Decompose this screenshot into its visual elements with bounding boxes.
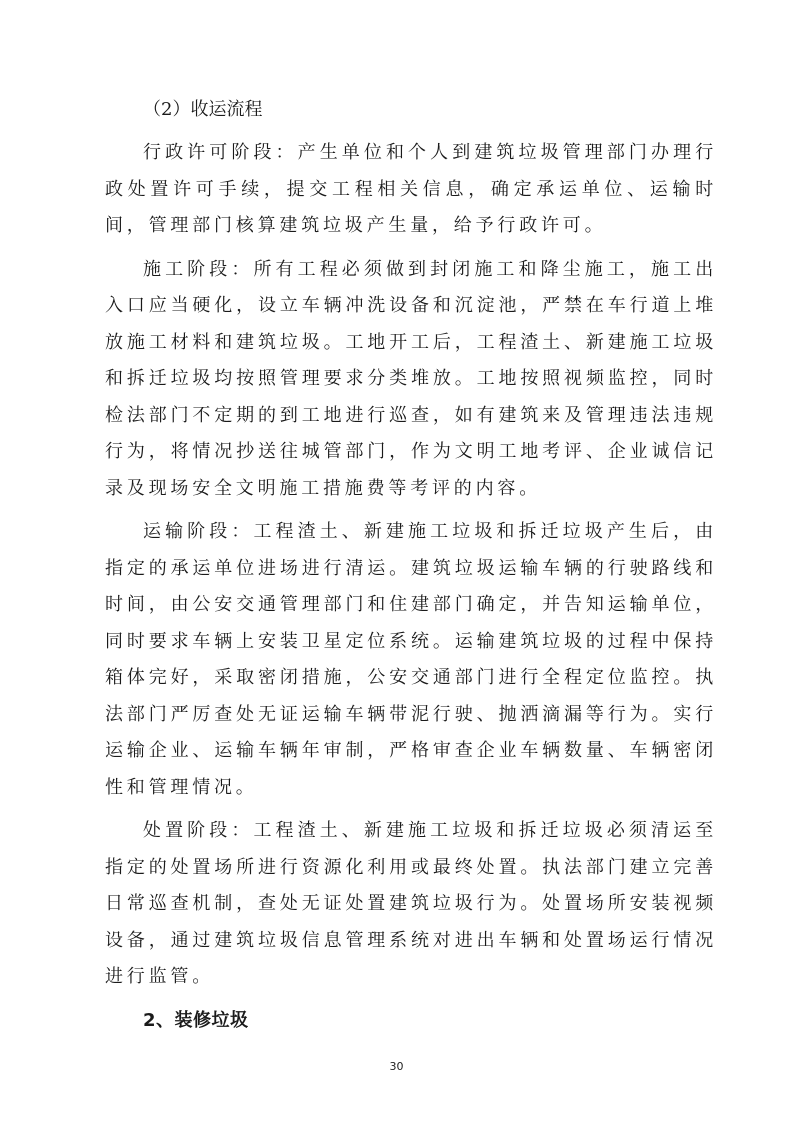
paragraph-transport-stage: 运输阶段：工程渣土、新建施工垃圾和拆迁垃圾产生后，由指定的承运单位进场进行清运。… (105, 514, 717, 806)
subheading-collection-process: （2）收运流程 (105, 92, 717, 128)
document-page: （2）收运流程 行政许可阶段：产生单位和个人到建筑垃圾管理部门办理行政处置许可手… (105, 92, 717, 1039)
section-heading-decoration-waste: 2、装修垃圾 (105, 1003, 717, 1039)
page-number: 30 (0, 1060, 793, 1073)
paragraph-administrative-permit: 行政许可阶段：产生单位和个人到建筑垃圾管理部门办理行政处置许可手续，提交工程相关… (105, 135, 717, 245)
paragraph-construction-stage: 施工阶段：所有工程必须做到封闭施工和降尘施工，施工出入口应当硬化，设立车辆冲洗设… (105, 252, 717, 508)
paragraph-disposal-stage: 处置阶段：工程渣土、新建施工垃圾和拆迁垃圾必须清运至指定的处置场所进行资源化利用… (105, 813, 717, 996)
